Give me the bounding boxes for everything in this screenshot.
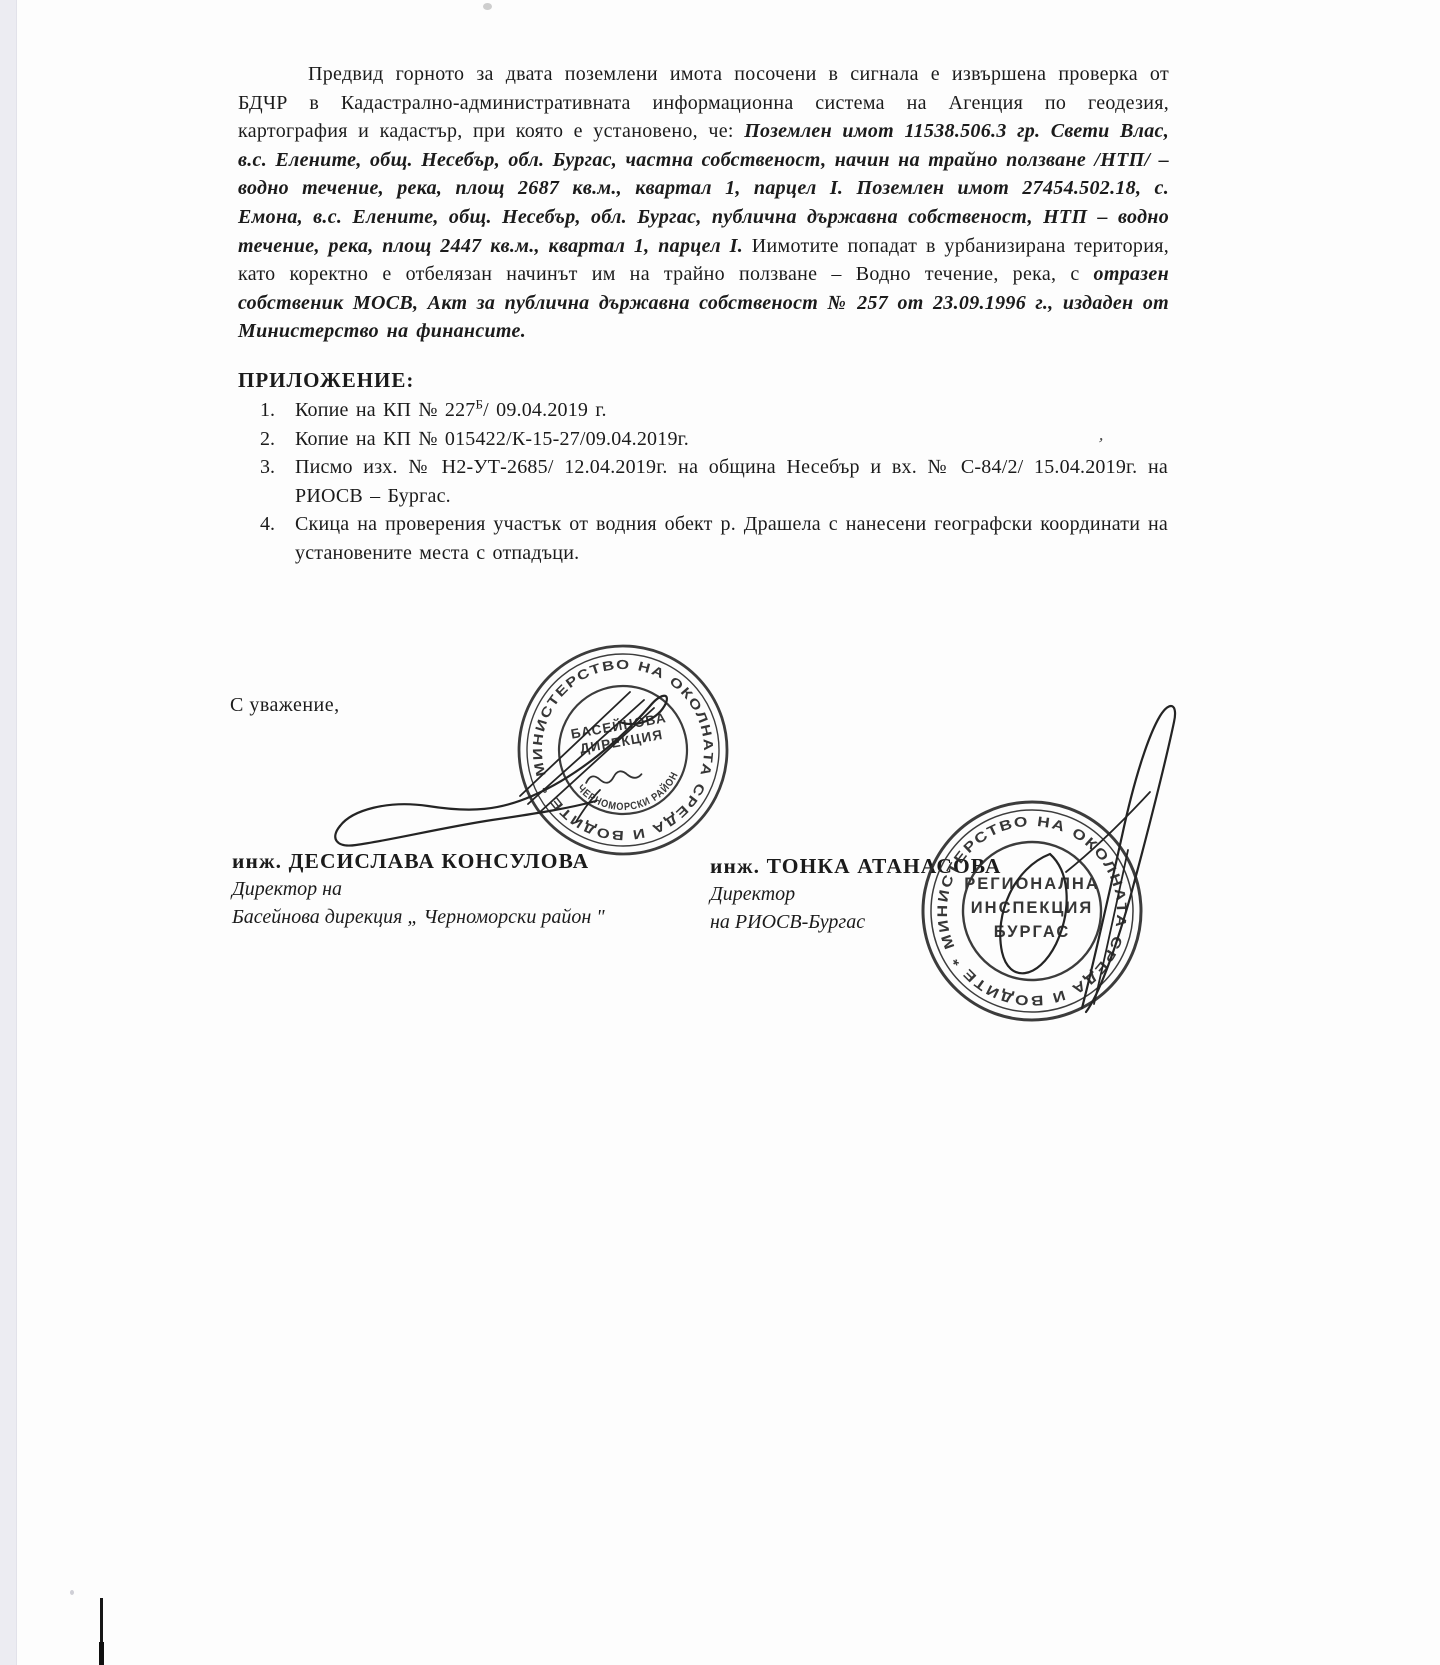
stamp-outer-ring: [492, 619, 754, 881]
attachment-item-text: Скица на проверения участък от водния об…: [295, 510, 1168, 567]
signatory-right-name: инж. ТОНКА АТАНАСОВА: [710, 851, 1002, 881]
signatory-left-title1: Директор на: [232, 876, 605, 904]
svg-text:МИНИСТЕРСТВО НА ОКОЛНАТА СРЕДА: МИНИСТЕРСТВО НА ОКОЛНАТА СРЕДА И ВОДИТЕ …: [505, 633, 740, 868]
stamp-center-line3: БУРГАС: [994, 923, 1070, 941]
stamp-arc-text: ЧЕРНОМОРСКИ РАЙОН: [574, 766, 686, 822]
ink-speck: [70, 1590, 74, 1595]
attachment-item-number: 4.: [260, 510, 295, 567]
stamp-center-line2: ДИРЕКЦИЯ: [579, 727, 665, 756]
attachment-item: 2.Копие на КП № 015422/К-15-27/09.04.201…: [260, 425, 1168, 454]
closing-salutation: С уважение,: [230, 694, 340, 717]
signatory-right-title2: на РИОСВ-Бургас: [710, 909, 1002, 937]
attachment-item-text: Писмо изх. № Н2-УТ-2685/ 12.04.2019г. на…: [295, 453, 1168, 510]
svg-text:ЧЕРНОМОРСКИ РАЙОН: ЧЕРНОМОРСКИ РАЙОН: [574, 766, 686, 822]
scan-edge-strip: [0, 0, 17, 1665]
attachment-item-number: 2.: [260, 425, 295, 454]
signatory-left-name: инж. ДЕСИСЛАВА КОНСУЛОВА: [232, 846, 605, 876]
ink-speck: [483, 3, 492, 10]
attachment-item: 1.Копие на КП № 227Б/ 09.04.2019 г.: [260, 396, 1168, 425]
scanned-letter-page: , Предвид горното за двата поземлени имо…: [0, 0, 1440, 1665]
stamp-inner-scribble: [585, 768, 642, 787]
attachment-item: 3.Писмо изх. № Н2-УТ-2685/ 12.04.2019г. …: [260, 453, 1168, 510]
attachment-segment: Б: [475, 396, 483, 411]
attachment-segment: Скица на проверения участък от водния об…: [295, 513, 1168, 564]
attachment-segment: / 09.04.2019 г.: [483, 399, 607, 421]
attachments-list: 1.Копие на КП № 227Б/ 09.04.2019 г.2.Коп…: [260, 396, 1168, 568]
scan-fold-line-foot: [99, 1642, 104, 1665]
signature-right: [1000, 706, 1175, 1012]
signatory-left-title2: Басейнова дирекция „ Черноморски район ": [232, 904, 605, 932]
stamp-center-line1: БАСЕЙНОВА: [570, 710, 668, 742]
signatory-left: инж. ДЕСИСЛАВА КОНСУЛОВА Директор на Бас…: [232, 846, 605, 931]
stamp-middle-ring: [502, 629, 744, 871]
attachment-item-number: 3.: [260, 453, 295, 510]
stamp-inner-ring: [542, 669, 703, 830]
attachment-segment: Копие на КП № 015422/К-15-27/09.04.2019г…: [295, 428, 689, 450]
attachment-item: 4.Скица на проверения участък от водния …: [260, 510, 1168, 567]
signature-left: [335, 692, 667, 846]
stamp-basin-directorate: МИНИСТЕРСТВО НА ОКОЛНАТА СРЕДА И ВОДИТЕ …: [492, 619, 754, 881]
attachment-item-number: 1.: [260, 396, 295, 425]
attachment-item-text: Копие на КП № 227Б/ 09.04.2019 г.: [295, 396, 1168, 425]
signatory-right: инж. ТОНКА АТАНАСОВА Директор на РИОСВ-Б…: [710, 851, 1002, 936]
attachments-heading: ПРИЛОЖЕНИЕ:: [238, 368, 414, 393]
attachment-segment: Копие на КП № 227: [295, 399, 475, 421]
attachment-segment: Писмо изх. № Н2-УТ-2685/ 12.04.2019г. на…: [295, 456, 1168, 507]
stamp-ring-text: МИНИСТЕРСТВО НА ОКОЛНАТА СРЕДА И ВОДИТЕ …: [505, 633, 740, 868]
attachment-item-text: Копие на КП № 015422/К-15-27/09.04.2019г…: [295, 425, 1168, 454]
signatory-right-title1: Директор: [710, 881, 1002, 909]
body-paragraph: Предвид горното за двата поземлени имота…: [238, 60, 1169, 346]
